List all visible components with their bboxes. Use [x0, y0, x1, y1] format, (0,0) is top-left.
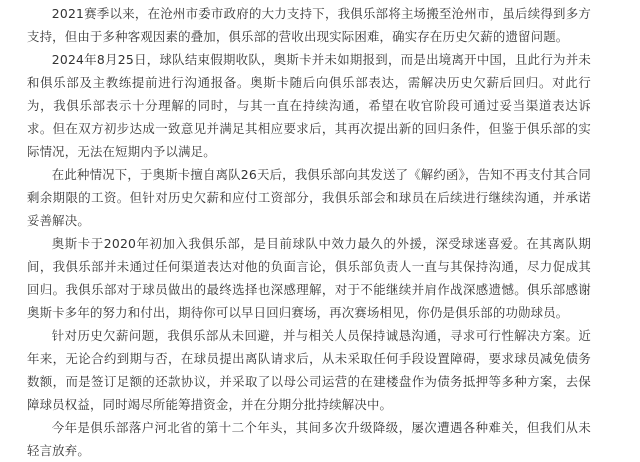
paragraph-wage-arrears: 针对历史欠薪问题，我俱乐部从未回避，并与相关人员保持诚恳沟通，寻求可行性解决方案… — [27, 324, 591, 380]
paragraph-oscar-tribute: 奥斯卡于2020年初加入我俱乐部，是目前球队中效力最久的外援，深受球迷喜爱。在其… — [27, 232, 591, 324]
paragraph-season-background: 2021赛季以来，在沧州市委市政府的大力支持下，我俱乐部将主场搬至沧州市，虽后续… — [27, 2, 591, 48]
paragraph-oscar-absence: 2024年8月25日，球队结束假期收队，奥斯卡并未如期报到，而是出境离开中国，且… — [27, 48, 591, 163]
paragraph-termination-letter: 在此种情况下，于奥斯卡擅自离队26天后，我俱乐部向其发送了《解约函》，告知不再支… — [27, 163, 591, 232]
article-body: 2021赛季以来，在沧州市委市政府的大力支持下，我俱乐部将主场搬至沧州市，虽后续… — [27, 2, 591, 380]
